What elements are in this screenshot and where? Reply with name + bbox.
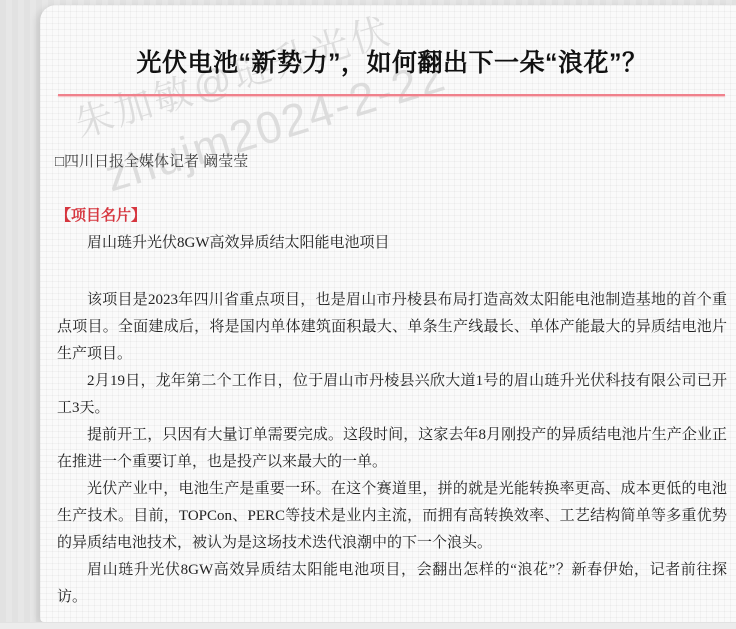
article-paragraph: 2月19日，龙年第二个工作日，位于眉山市丹棱县兴欣大道1号的眉山琏升光伏科技有限… [57,368,727,422]
bottom-edge-band [0,622,736,629]
title-divider [58,94,725,96]
section-label: 【项目名片】 [56,205,146,227]
project-name: 眉山琏升光伏8GW高效异质结太阳能电池项目 [57,232,727,254]
article-byline: □四川日报全媒体记者 阚莹莹 [55,151,248,173]
page-background: 朱加敏@琏升光伏 zhujm2024-2-22 光伏电池“新势力”，如何翻出下一… [0,0,736,629]
article-paragraph: 提前开工，只因有大量订单需要完成。这段时间，这家去年8月刚投产的异质结电池片生产… [57,422,727,476]
article-body: 该项目是2023年四川省重点项目，也是眉山市丹棱县布局打造高效太阳能电池制造基地… [57,287,727,611]
article-paragraph: 光伏产业中，电池生产是重要一环。在这个赛道里，拼的就是光能转换率更高、成本更低的… [57,476,727,557]
article-paragraph: 该项目是2023年四川省重点项目，也是眉山市丹棱县布局打造高效太阳能电池制造基地… [57,287,727,368]
article-paragraph: 眉山琏升光伏8GW高效异质结太阳能电池项目，会翻出怎样的“浪花”？新春伊始，记者… [57,557,727,611]
article-card: 朱加敏@琏升光伏 zhujm2024-2-22 光伏电池“新势力”，如何翻出下一… [40,5,736,622]
article-content: 光伏电池“新势力”，如何翻出下一朵“浪花”？ □四川日报全媒体记者 阚莹莹 【项… [40,5,736,622]
article-title: 光伏电池“新势力”，如何翻出下一朵“浪花”？ [57,46,727,80]
